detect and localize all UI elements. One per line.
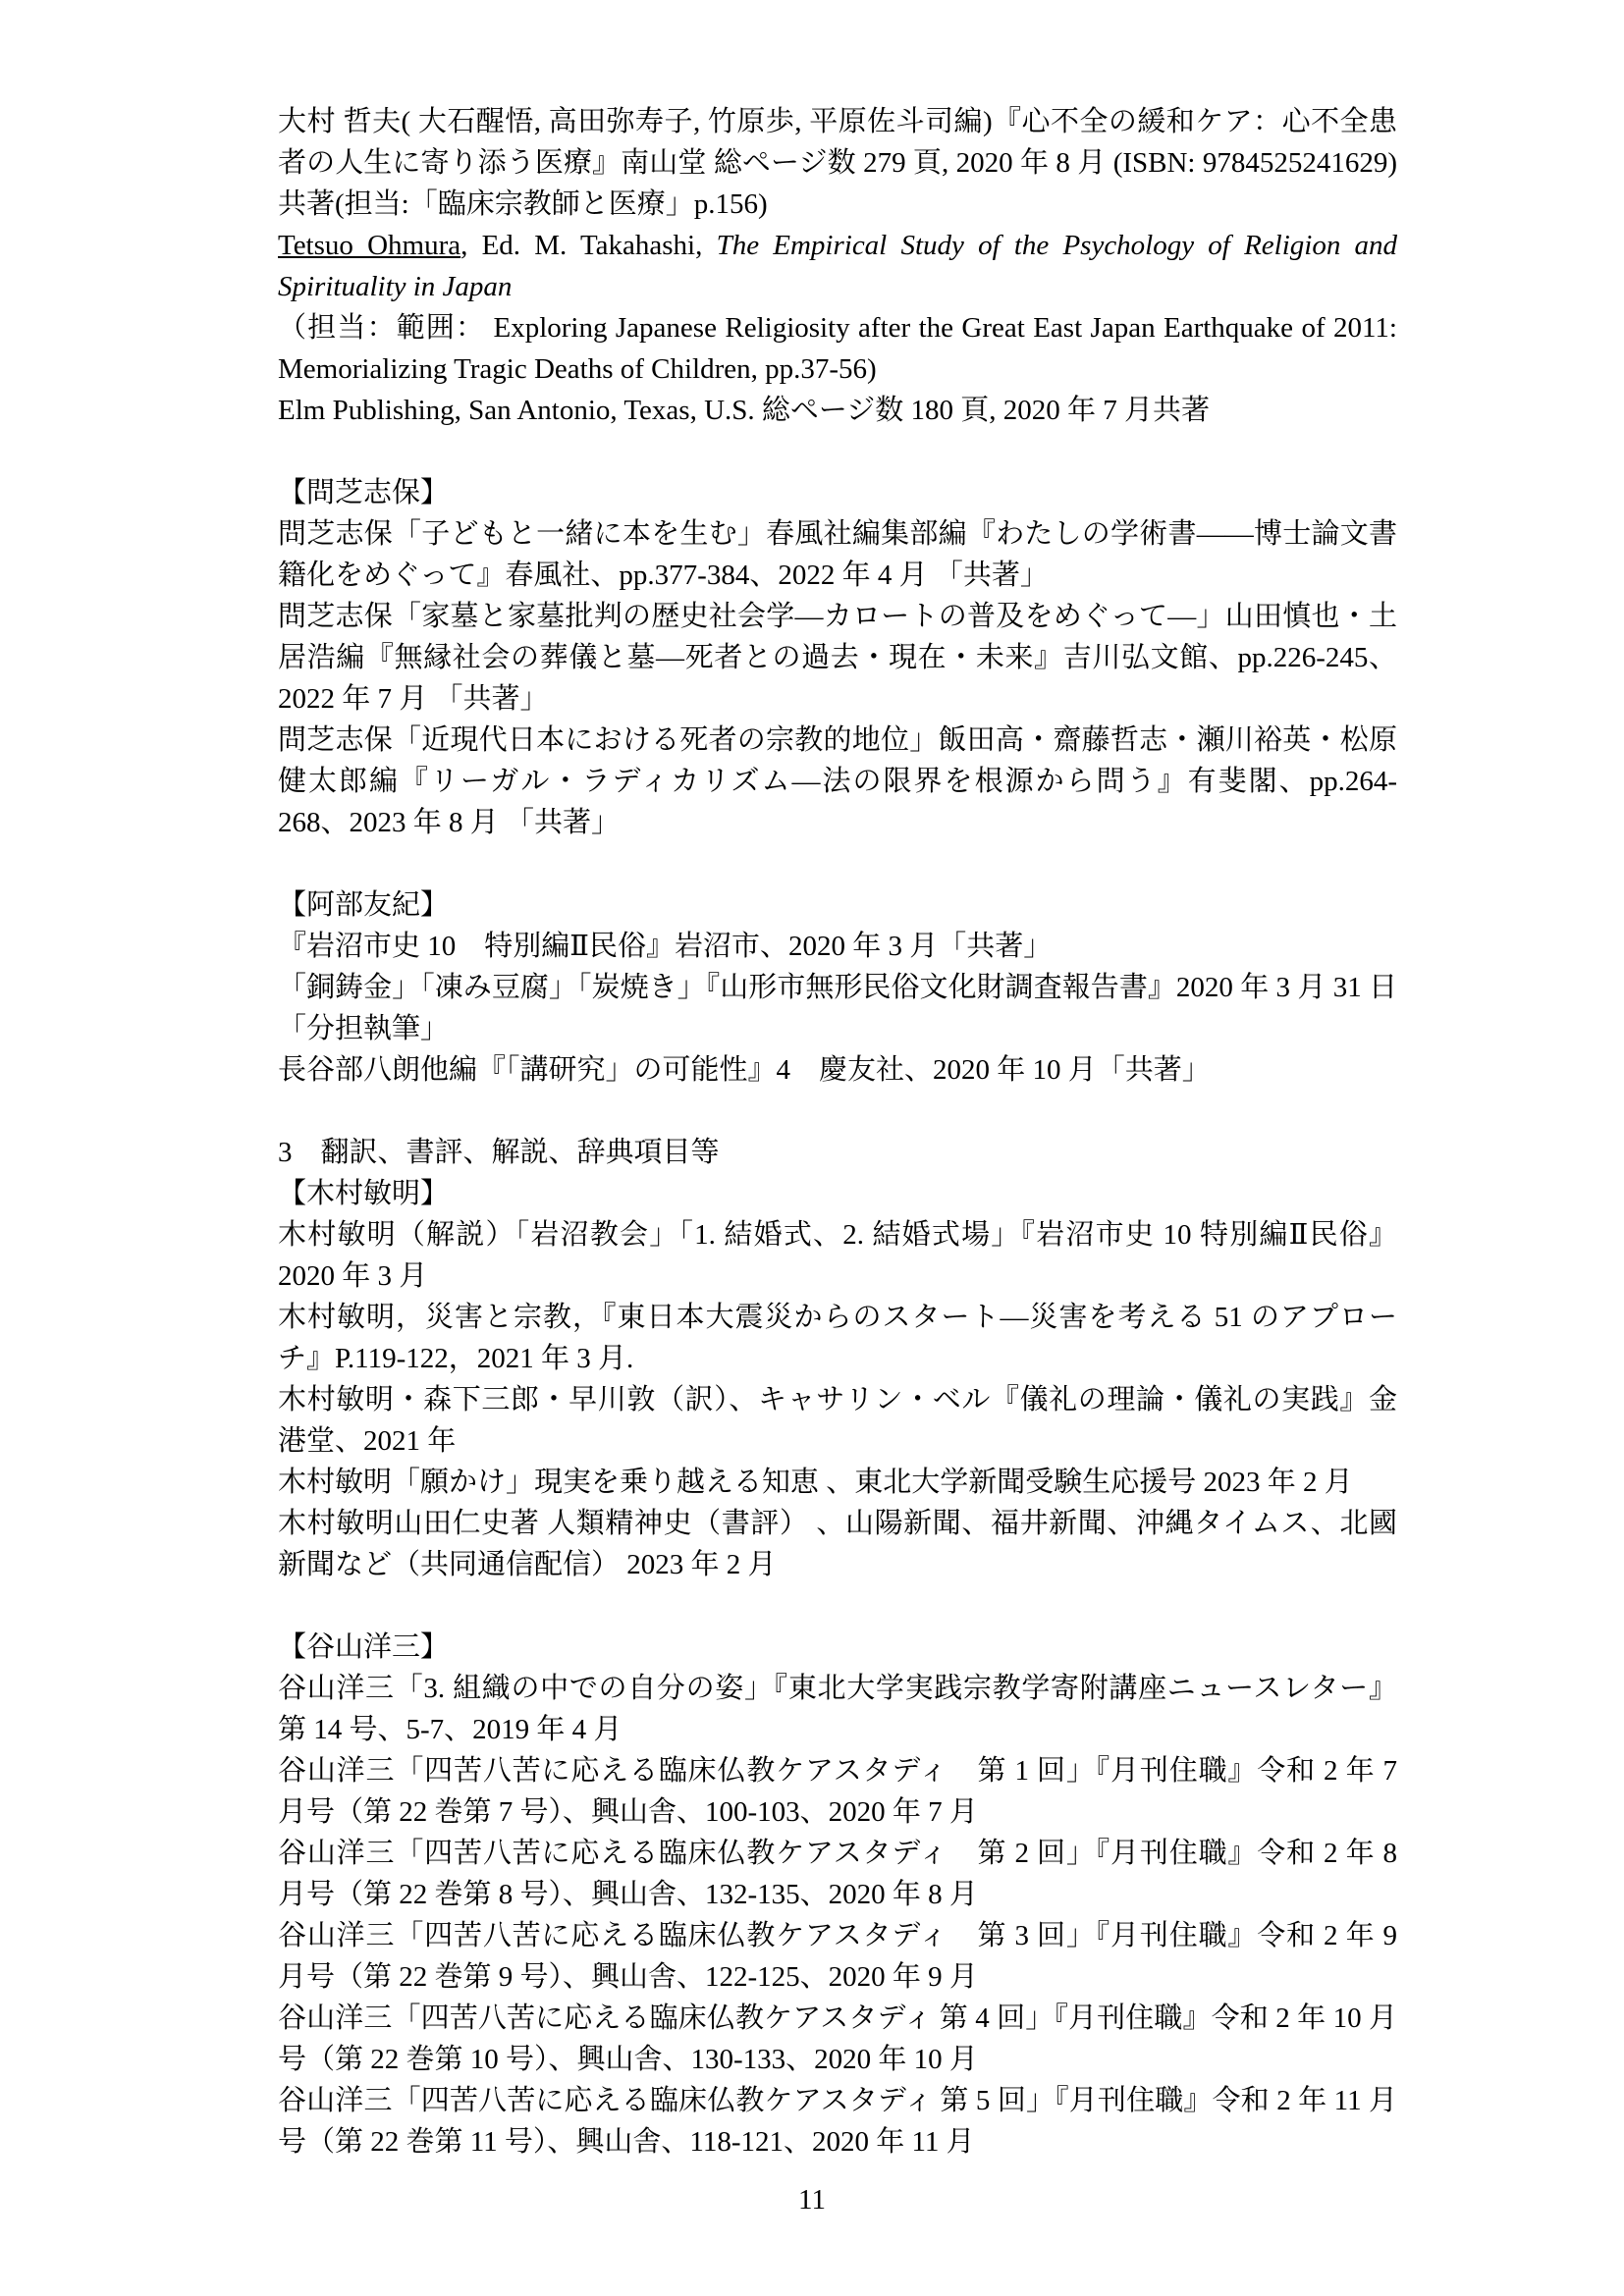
section-heading: 【木村敏明】 [278,1173,1397,1214]
text-run: 3 翻訳、書評、解説、辞典項目等 [278,1137,720,1168]
section-gap [278,1091,1397,1132]
text-run: Elm Publishing, San Antonio, Texas, U.S.… [278,395,1210,426]
publication-entry: 谷山洋三「3. 組織の中での自分の姿」『東北大学実践宗教学寄附講座ニュースレター… [278,1668,1397,1750]
publication-entry: 谷山洋三「四苦八苦に応える臨床仏教ケアスタディ 第 3 回」『月刊住職』令和 2… [278,1915,1397,1998]
document-body: 大村 哲夫( 大石醒悟, 高田弥寿子, 竹原歩, 平原佐斗司編)『心不全の緩和ケ… [278,101,1397,2163]
page-number: 11 [0,2179,1624,2220]
publication-entry: 谷山洋三「四苦八苦に応える臨床仏教ケアスタディ 第 4 回」『月刊住職』令和 2… [278,1998,1397,2080]
text-run: 木村敏明・森下三郎・早川敦（訳）、キャサリン・ベル『儀礼の理論・儀礼の実践』金港… [278,1384,1397,1457]
text-run-underline: Tetsuo Ohmura [278,230,460,261]
section-gap [278,843,1397,884]
text-run: 谷山洋三「3. 組織の中での自分の姿」『東北大学実践宗教学寄附講座ニュースレター… [278,1673,1397,1745]
publication-entry: （担当：範囲： Exploring Japanese Religiosity a… [278,307,1397,390]
publication-entry: 問芝志保「子どもと一緒に本を生む」春風社編集部編『わたしの学術書――博士論文書籍… [278,513,1397,596]
text-run: 【谷山洋三】 [278,1631,449,1663]
text-run: 『岩沼市史 10 特別編Ⅱ民俗』岩沼市、2020 年 3 月「共著」 [278,931,1052,962]
text-run: （担当：範囲： Exploring Japanese Religiosity a… [278,312,1397,385]
publication-entry: 木村敏明・森下三郎・早川敦（訳）、キャサリン・ベル『儀礼の理論・儀礼の実践』金港… [278,1379,1397,1462]
text-run: 谷山洋三「四苦八苦に応える臨床仏教ケアスタディ 第 4 回」『月刊住職』令和 2… [278,2002,1397,2075]
publication-entry: 「銅鋳金」「凍み豆腐」「炭焼き」『山形市無形民俗文化財調査報告書』2020 年 … [278,967,1397,1049]
publication-entry: 谷山洋三「四苦八苦に応える臨床仏教ケアスタディ 第 2 回」『月刊住職』令和 2… [278,1833,1397,1915]
section-heading: 【問芝志保】 [278,472,1397,513]
publication-entry: 問芝志保「家墓と家墓批判の歴史社会学―カロートの普及をめぐって―」山田慎也・土居… [278,596,1397,720]
text-run: 木村敏明「願かけ」現実を乗り越える知恵 、東北大学新聞受験生応援号 2023 年… [278,1467,1353,1498]
publication-entry: 長谷部八朗他編『「講研究」の可能性』4 慶友社、2020 年 10 月「共著」 [278,1049,1397,1091]
publication-entry: 谷山洋三「四苦八苦に応える臨床仏教ケアスタディ 第 5 回」『月刊住職』令和 2… [278,2080,1397,2163]
section-heading: 【谷山洋三】 [278,1627,1397,1668]
section-gap [278,431,1397,472]
text-run: 問芝志保「近現代日本における死者の宗教的地位」飯田高・齋藤哲志・瀬川裕英・松原健… [278,724,1397,838]
publication-entry: 木村敏明，災害と宗教，『東日本大震災からのスタート―災害を考える 51 のアプロ… [278,1297,1397,1379]
text-run: 【木村敏明】 [278,1178,449,1209]
text-run: 長谷部八朗他編『「講研究」の可能性』4 慶友社、2020 年 10 月「共著」 [278,1054,1211,1086]
section-gap [278,1585,1397,1627]
text-run: 「銅鋳金」「凍み豆腐」「炭焼き」『山形市無形民俗文化財調査報告書』2020 年 … [278,972,1397,1044]
text-run: 谷山洋三「四苦八苦に応える臨床仏教ケアスタディ 第 2 回」『月刊住職』令和 2… [278,1838,1397,1910]
publication-entry: 木村敏明（解説）「岩沼教会」「1. 結婚式、2. 結婚式場」『岩沼市史 10 特… [278,1214,1397,1297]
text-run: 問芝志保「家墓と家墓批判の歴史社会学―カロートの普及をめぐって―」山田慎也・土居… [278,601,1397,715]
publication-entry: 木村敏明山田仁史著 人類精神史（書評） 、山陽新聞、福井新聞、沖縄タイムス、北國… [278,1503,1397,1585]
text-run: 谷山洋三「四苦八苦に応える臨床仏教ケアスタディ 第 1 回」『月刊住職』令和 2… [278,1755,1397,1828]
document-page: 大村 哲夫( 大石醒悟, 高田弥寿子, 竹原歩, 平原佐斗司編)『心不全の緩和ケ… [0,0,1624,2296]
publication-entry: 『岩沼市史 10 特別編Ⅱ民俗』岩沼市、2020 年 3 月「共著」 [278,926,1397,967]
publication-entry: 大村 哲夫( 大石醒悟, 高田弥寿子, 竹原歩, 平原佐斗司編)『心不全の緩和ケ… [278,101,1397,225]
publication-entry: 木村敏明「願かけ」現実を乗り越える知恵 、東北大学新聞受験生応援号 2023 年… [278,1462,1397,1503]
text-run: 谷山洋三「四苦八苦に応える臨床仏教ケアスタディ 第 3 回」『月刊住職』令和 2… [278,1920,1397,1993]
text-run: , Ed. M. Takahashi, [460,230,716,261]
text-run: 木村敏明，災害と宗教，『東日本大震災からのスタート―災害を考える 51 のアプロ… [278,1302,1397,1374]
text-run: 谷山洋三「四苦八苦に応える臨床仏教ケアスタディ 第 5 回」『月刊住職』令和 2… [278,2085,1397,2158]
text-run: 木村敏明（解説）「岩沼教会」「1. 結婚式、2. 結婚式場」『岩沼市史 10 特… [278,1219,1397,1292]
publication-entry: 谷山洋三「四苦八苦に応える臨床仏教ケアスタディ 第 1 回」『月刊住職』令和 2… [278,1750,1397,1833]
publication-entry: Elm Publishing, San Antonio, Texas, U.S.… [278,390,1397,431]
text-run: 【問芝志保】 [278,477,449,508]
publication-entry: 問芝志保「近現代日本における死者の宗教的地位」飯田高・齋藤哲志・瀬川裕英・松原健… [278,720,1397,843]
publication-entry: Tetsuo Ohmura, Ed. M. Takahashi, The Emp… [278,225,1397,307]
section-heading: 【阿部友紀】 [278,884,1397,926]
text-run: 【阿部友紀】 [278,889,449,921]
text-run: 問芝志保「子どもと一緒に本を生む」春風社編集部編『わたしの学術書――博士論文書籍… [278,518,1397,591]
text-run: 木村敏明山田仁史著 人類精神史（書評） 、山陽新聞、福井新聞、沖縄タイムス、北國… [278,1508,1397,1580]
text-run: 大村 哲夫( 大石醒悟, 高田弥寿子, 竹原歩, 平原佐斗司編)『心不全の緩和ケ… [278,106,1397,220]
section-heading: 3 翻訳、書評、解説、辞典項目等 [278,1132,1397,1173]
